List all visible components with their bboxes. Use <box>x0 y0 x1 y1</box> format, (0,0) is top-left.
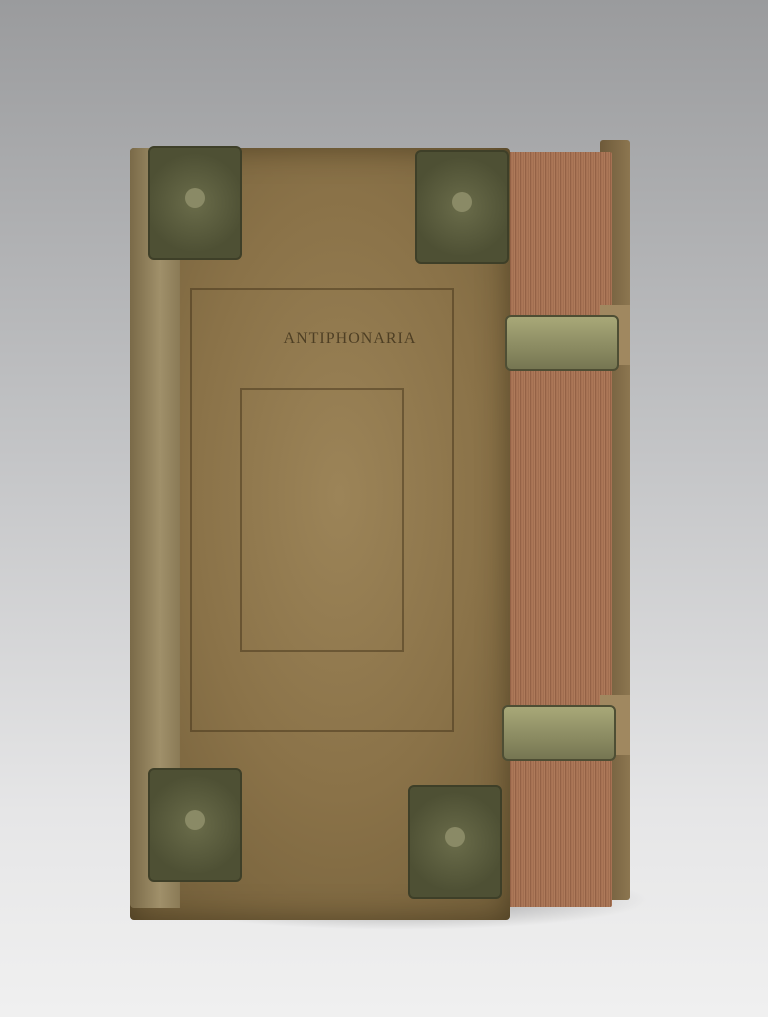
corner-fitting-bottom-right-icon <box>408 785 502 899</box>
cover-title: ANTIPHONARIA <box>230 330 470 348</box>
page-edges <box>500 152 612 907</box>
clasp-top-icon <box>505 315 619 371</box>
corner-fitting-top-left-icon <box>148 146 242 260</box>
antique-book: ANTIPHONARIA <box>130 140 630 920</box>
corner-fitting-top-right-icon <box>415 150 509 264</box>
corner-fitting-bottom-left-icon <box>148 768 242 882</box>
tooled-border-inner <box>240 388 404 652</box>
clasp-bottom-icon <box>502 705 616 761</box>
